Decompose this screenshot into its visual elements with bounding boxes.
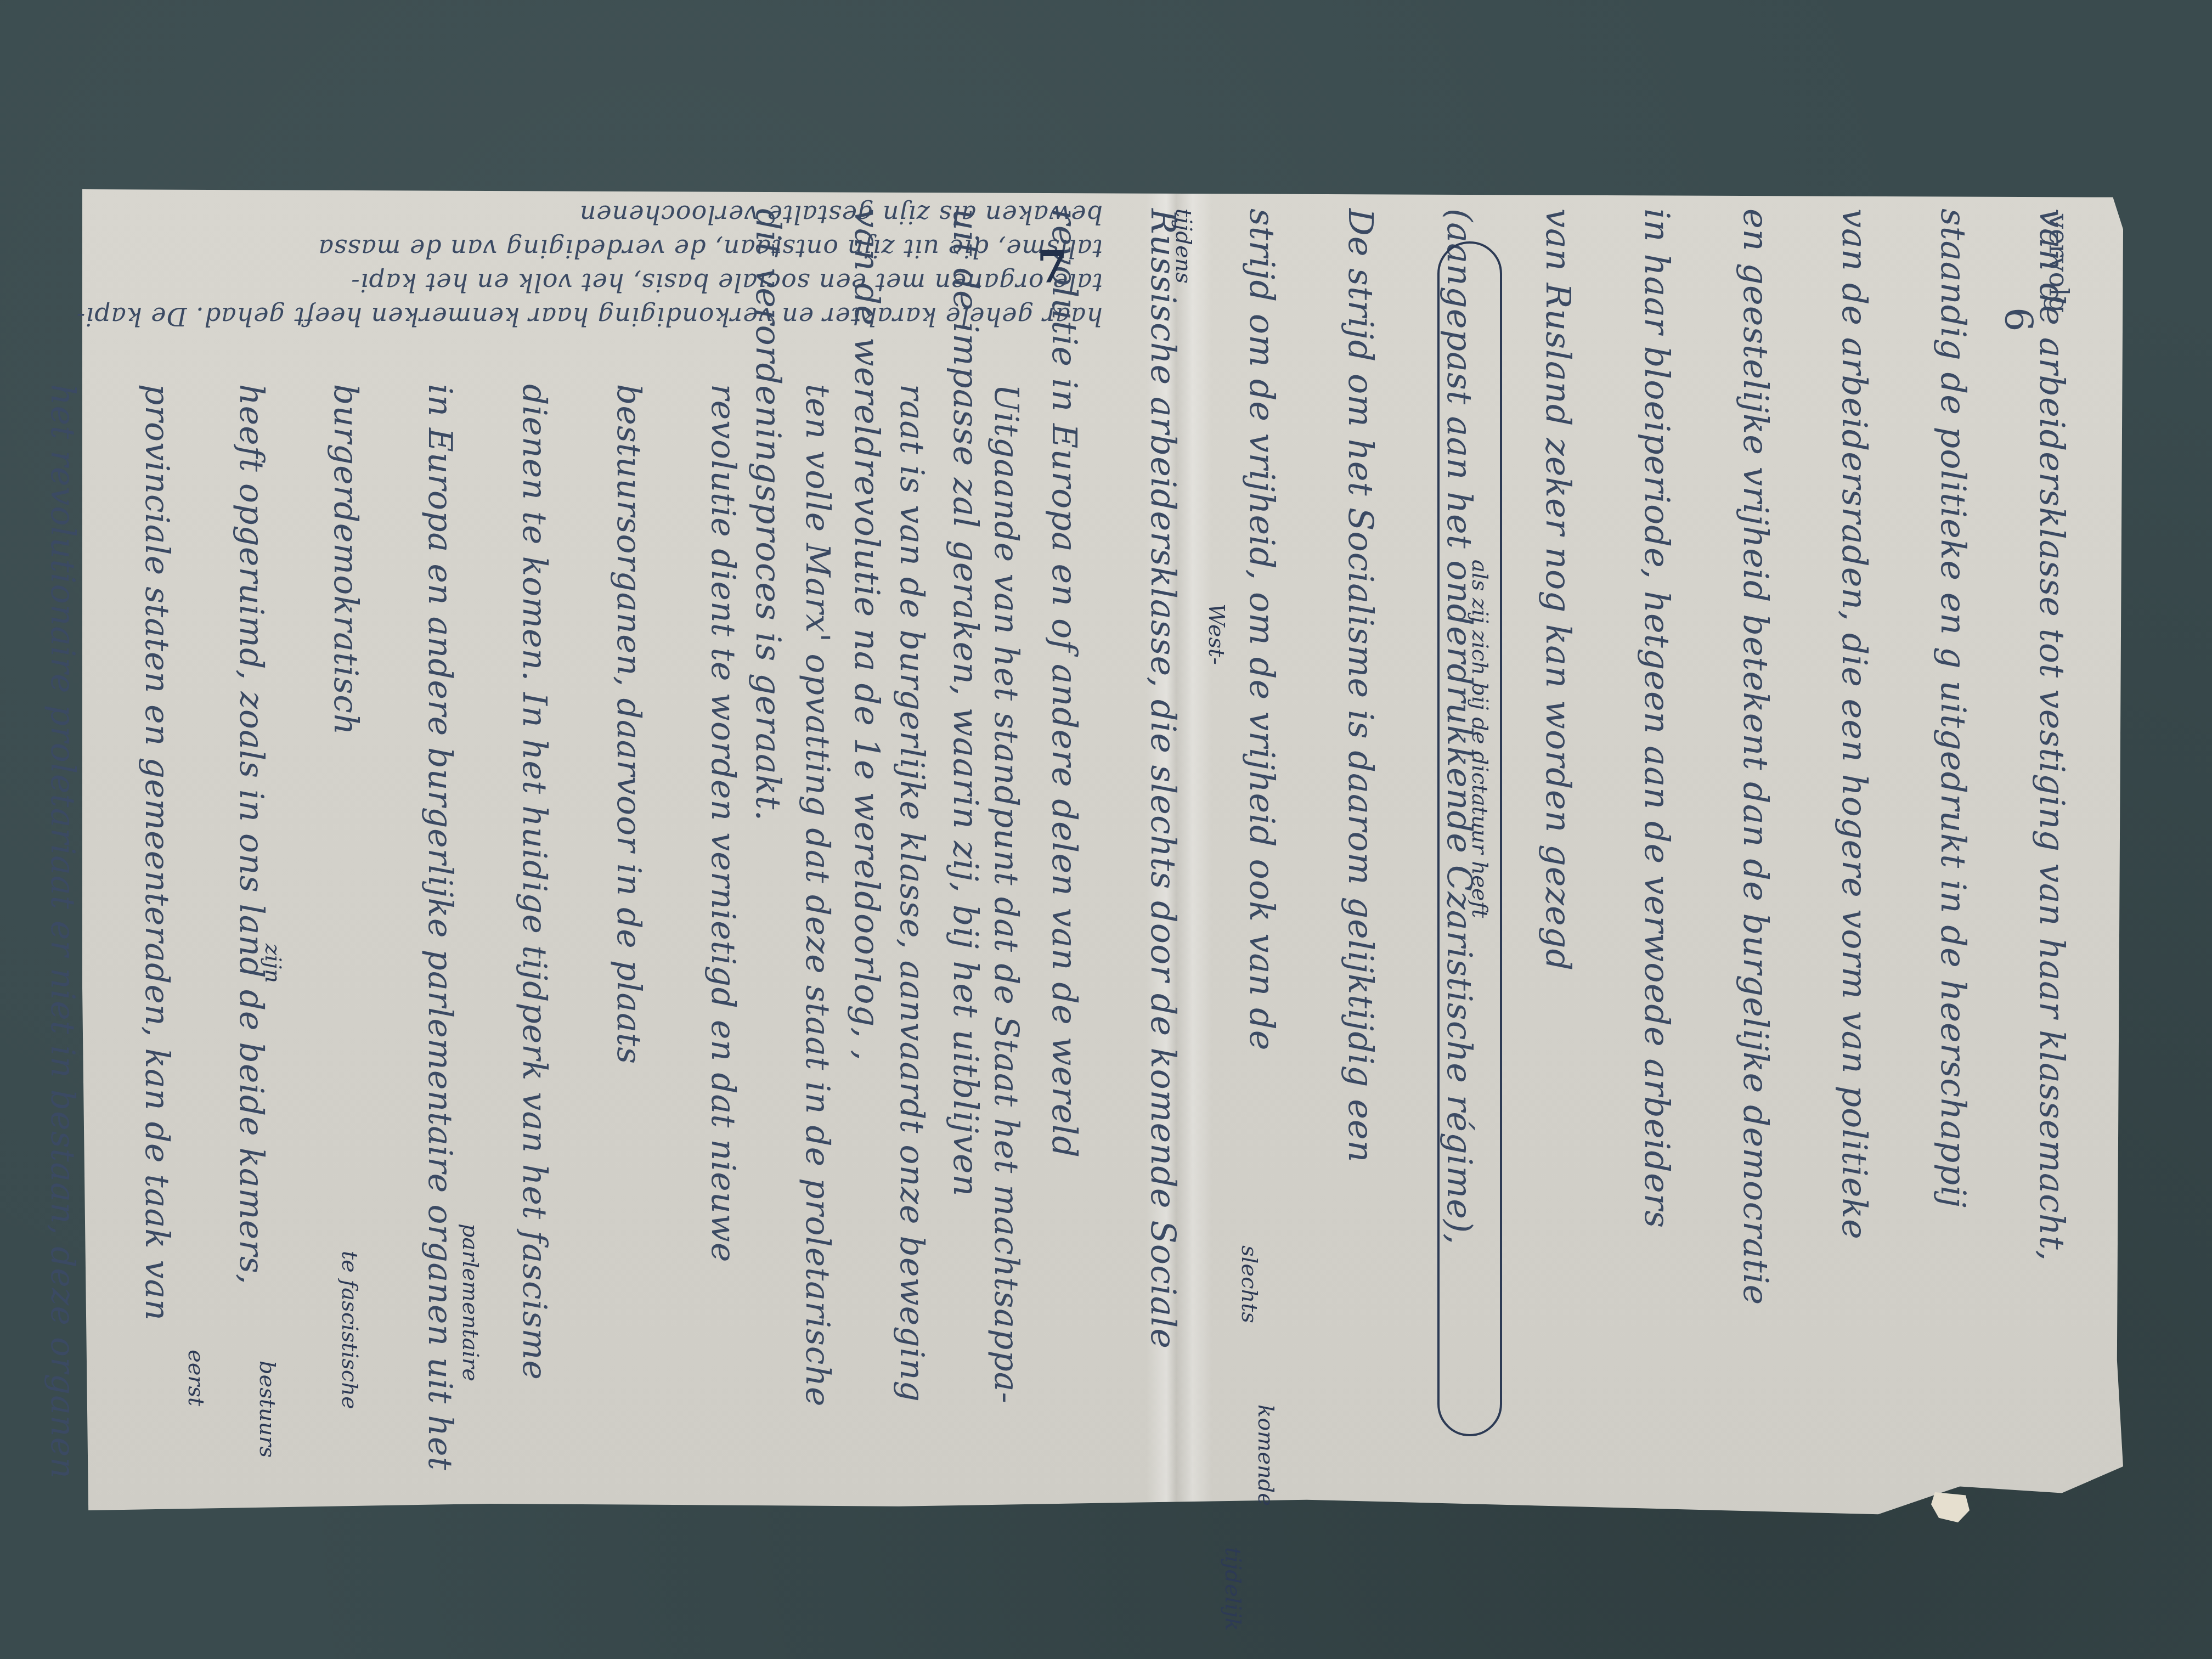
interlinear-insertion: komende [1253, 1404, 1278, 1506]
text-line: bestuursorganen, daarvoor in de plaats [582, 384, 676, 1536]
text-line: raat is van de burgerlijke klasse, aanva… [865, 384, 959, 1536]
text-line: in haar bloeiperiode, hetgeen aan de ver… [1607, 208, 1706, 1470]
interlinear-insertion: tijdens [1171, 208, 1196, 284]
interlinear-insertion: parlementaire [458, 1223, 483, 1381]
interlinear-insertion: eerst [183, 1350, 208, 1406]
text-line: ten volle Marx' opvatting dat deze staat… [770, 384, 865, 1536]
interlinear-insertion: zijn [260, 944, 285, 983]
section-mark: 7 [1037, 241, 1068, 293]
text-line: Russische arbeidersklasse, die slechts d… [1114, 208, 1212, 1470]
interlinear-insertion: slechts [1237, 1245, 1262, 1323]
text-line: revolutie dient te worden vernietigd en … [676, 384, 770, 1536]
interlinear-insertion: als zij zich bij de dictatuur heeft [1467, 560, 1492, 918]
text-line: van Rusland zeker nog kan worden gezegd [1509, 208, 1607, 1470]
text-line: van de arbeidersraden, die een hogere vo… [1805, 208, 1904, 1470]
text-line: Uitgaande van het standpunt dat de Staat… [959, 384, 1053, 1536]
text-line: en geestelijke vrijheid betekent dan de … [1706, 208, 1805, 1470]
interlinear-insertion: West- [1204, 603, 1229, 665]
text-line: van de arbeidersklasse tot vestiging van… [2002, 208, 2101, 1470]
text-line: dienen te komen. In het huidige tijdperk… [487, 384, 582, 1536]
text-line: het revolutionaire proletariaat er niet … [15, 384, 110, 1536]
text-line: staandig de politieke en g uitgedrukt in… [1904, 208, 2002, 1470]
interlinear-insertion: tijdelijk [1220, 1547, 1245, 1631]
interlinear-insertion: te fascistische [337, 1251, 362, 1409]
interlinear-insertion: bestuurs [255, 1361, 280, 1458]
left-page-text: Uitgaande van het standpunt dat de Staat… [0, 384, 1053, 1536]
text-line: De strijd om het Socialisme is daarom ge… [1311, 208, 1410, 1470]
text-line: te herstellen, in eerste instantie het t… [0, 384, 15, 1536]
text-line: strijd om de vrijheid, om de vrijheid oo… [1212, 208, 1311, 1470]
